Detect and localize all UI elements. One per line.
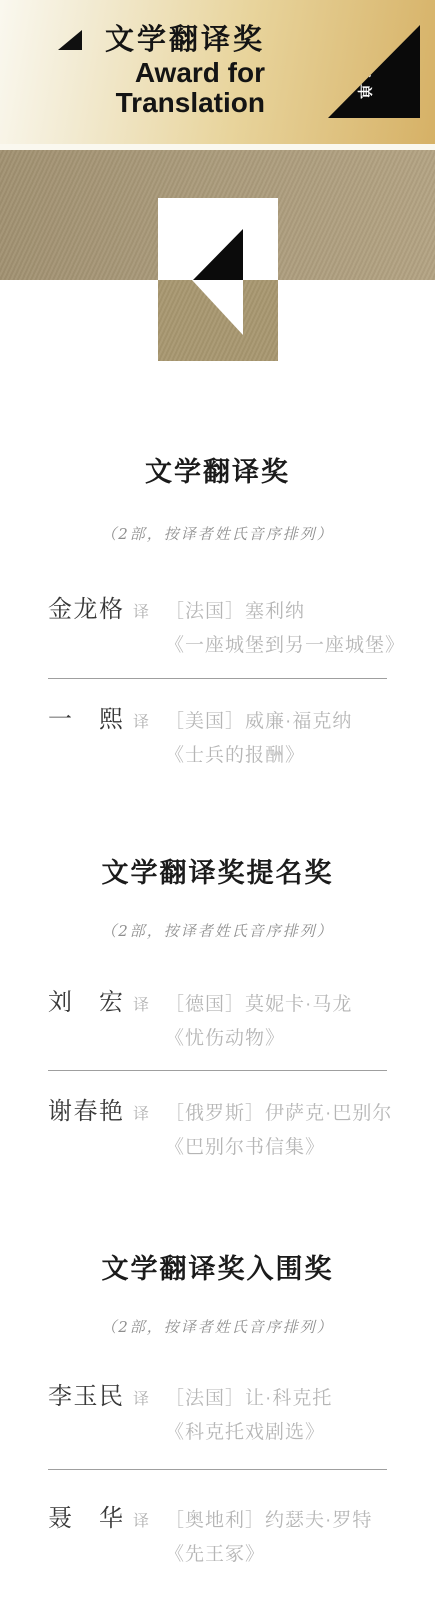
entry-author: ［法国］塞利纳: [165, 595, 405, 629]
award-list: 文学翻译奖 （2部，按译者姓氏音序排列） 金龙格 译 ［法国］塞利纳 《一座城堡…: [0, 280, 435, 1572]
translator-role: 译: [133, 992, 149, 1015]
entry-work: 《忧伤动物》: [165, 1022, 352, 1056]
entry-info: ［奥地利］约瑟夫·罗特 《先王冢》: [165, 1504, 372, 1572]
entry-info: ［俄罗斯］伊萨克·巴别尔 《巴别尔书信集》: [165, 1097, 392, 1165]
section-heading-shortlist-award: 文学翻译奖入围奖: [0, 1252, 435, 1286]
translator-name: 谢春艳: [48, 1095, 126, 1129]
header-titles: 文学翻译奖 Award for Translation: [33, 22, 265, 118]
section-heading-nomination-award: 文学翻译奖提名奖: [0, 856, 435, 890]
entry-row: 聂 华 译 ［奥地利］约瑟夫·罗特 《先王冢》: [0, 1502, 435, 1572]
translator-role: 译: [133, 1386, 149, 1409]
entry-divider: [48, 1070, 387, 1071]
entry-info: ［法国］让·科克托 《科克托戏剧选》: [165, 1382, 332, 1450]
entry-row: 谢春艳 译 ［俄罗斯］伊萨克·巴别尔 《巴别尔书信集》: [0, 1095, 435, 1165]
entry-divider: [48, 1469, 387, 1470]
entry-author: ［奥地利］约瑟夫·罗特: [165, 1504, 372, 1538]
translator-role: 译: [133, 599, 149, 622]
header-title-en-line1: Award for: [33, 58, 265, 88]
entry-info: ［德国］莫妮卡·马龙 《忧伤动物》: [165, 988, 352, 1056]
header-title-zh: 文学翻译奖: [33, 22, 265, 58]
logo-white-square: [158, 198, 278, 280]
entry-info: ［美国］威廉·福克纳 《士兵的报酬》: [165, 705, 352, 773]
entry-author: ［德国］莫妮卡·马龙: [165, 988, 352, 1022]
entry-row: 刘 宏 译 ［德国］莫妮卡·马龙 《忧伤动物》: [0, 986, 435, 1056]
entry-work: 《先王冢》: [165, 1538, 372, 1572]
translator-name: 聂 华: [48, 1502, 126, 1536]
translator-name: 金龙格: [48, 593, 126, 627]
translator-name: 一 熙: [48, 703, 126, 737]
logo-black-triangle-icon: [193, 229, 243, 280]
header-title-en-line2: Translation: [33, 88, 265, 118]
header-banner: 文学翻译奖 Award for Translation 获奖名单: [0, 0, 435, 144]
award-logo-mark: [158, 198, 278, 361]
kraft-banner: [0, 150, 435, 280]
entry-work: 《科克托戏剧选》: [165, 1416, 332, 1450]
translator-role: 译: [133, 1101, 149, 1124]
entry-divider: [48, 678, 387, 679]
ribbon-label: 获奖名单: [354, 24, 375, 104]
section-note: （2部，按译者姓氏音序排列）: [0, 1316, 435, 1338]
section-note: （2部，按译者姓氏音序排列）: [0, 523, 435, 545]
translator-role: 译: [133, 1508, 149, 1531]
translator-role: 译: [133, 709, 149, 732]
entry-row: 李玉民 译 ［法国］让·科克托 《科克托戏剧选》: [0, 1380, 435, 1450]
entry-author: ［俄罗斯］伊萨克·巴别尔: [165, 1097, 392, 1131]
corner-triangle-ribbon: 获奖名单: [328, 25, 420, 118]
entry-work: 《巴别尔书信集》: [165, 1131, 392, 1165]
entry-row: 一 熙 译 ［美国］威廉·福克纳 《士兵的报酬》: [0, 703, 435, 773]
entry-author: ［法国］让·科克托: [165, 1382, 332, 1416]
entry-info: ［法国］塞利纳 《一座城堡到另一座城堡》: [165, 595, 405, 663]
section-heading-main-award: 文学翻译奖: [0, 455, 435, 489]
translator-name: 李玉民: [48, 1380, 126, 1414]
entry-work: 《士兵的报酬》: [165, 739, 352, 773]
entry-work: 《一座城堡到另一座城堡》: [165, 629, 405, 663]
entry-row: 金龙格 译 ［法国］塞利纳 《一座城堡到另一座城堡》: [0, 593, 435, 663]
entry-author: ［美国］威廉·福克纳: [165, 705, 352, 739]
section-note: （2部，按译者姓氏音序排列）: [0, 920, 435, 942]
award-announcement-page: 文学翻译奖 Award for Translation 获奖名单 文学翻译奖 （…: [0, 0, 435, 1600]
translator-name: 刘 宏: [48, 986, 126, 1020]
